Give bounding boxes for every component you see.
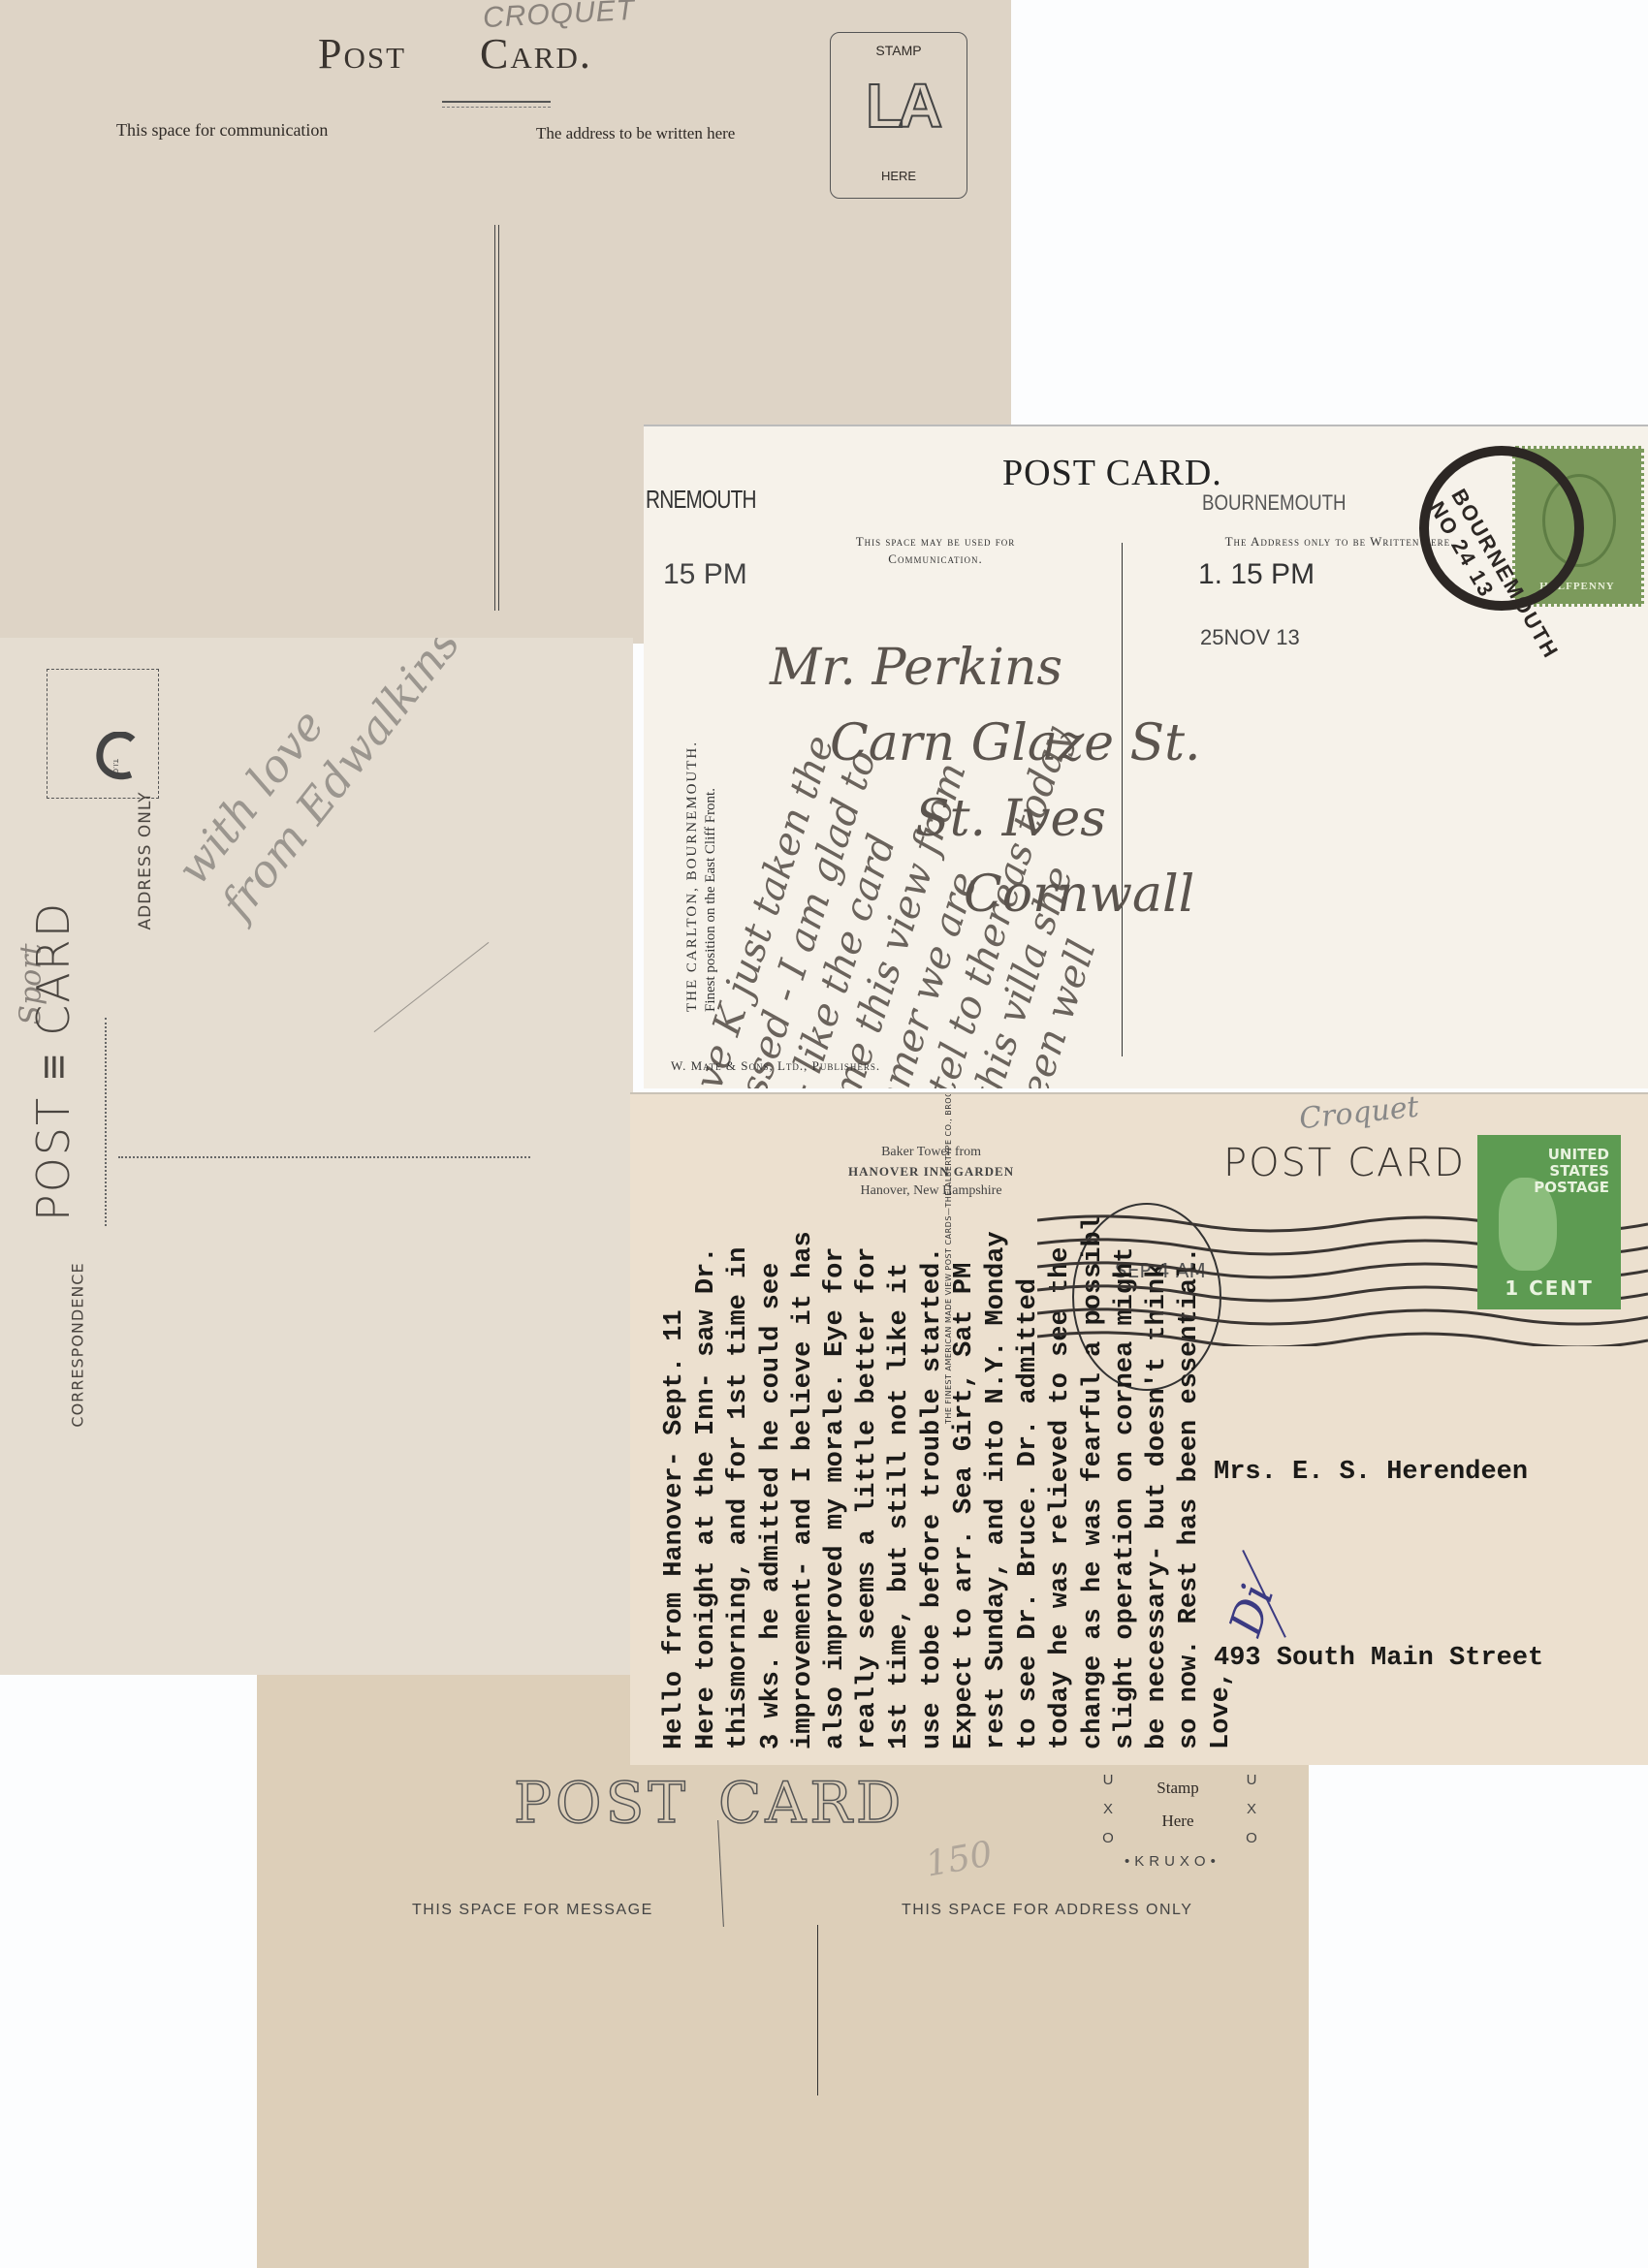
- address-only-label: ADDRESS ONLY: [136, 754, 155, 967]
- publisher-imprint: THE FINEST AMERICAN MADE VIEW POST CARDS…: [944, 1092, 953, 1424]
- title-rule: [442, 107, 551, 108]
- publisher-imprint: W. Mate & Sons, Ltd., Publishers.: [671, 1058, 880, 1074]
- caption-line: Hanover, New Hampshire: [848, 1181, 1014, 1201]
- center-divider: [494, 225, 499, 611]
- typed-line: rest Sunday, and into N.Y. Monday: [981, 1215, 1013, 1749]
- address-space-label: THIS SPACE FOR ADDRESS ONLY: [902, 1902, 1192, 1919]
- typed-line: Expect to arr. Sea Girt, Sat PM: [949, 1215, 981, 1749]
- postcard-bournemouth: Have K just taken the crossed - I am gla…: [644, 425, 1648, 1088]
- address-line: Mrs. E. S. Herendeen: [1214, 1441, 1543, 1503]
- caption-line: Baker Tower from: [848, 1143, 1014, 1162]
- correspondence-label: CORRESPONDENCE: [69, 1210, 87, 1481]
- typed-line: 1st time, but still not like it: [884, 1215, 916, 1749]
- center-divider: [817, 1925, 818, 2095]
- uxo-letter: O: [1244, 1824, 1259, 1853]
- caption-line: Finest position on the East Cliff Front.: [702, 556, 720, 1012]
- address-line: Mr. Perkins: [770, 630, 1201, 706]
- stamp-label: STAMP: [831, 43, 967, 58]
- typed-line: really seems a little better for: [852, 1215, 884, 1749]
- address-label: The address to be written here: [536, 124, 735, 143]
- stamp-value: 1 CENT: [1477, 1276, 1621, 1300]
- dotted-address-line: [118, 1156, 530, 1158]
- pencil-note: Croquet: [1298, 1092, 1421, 1136]
- postcard-title: PostCard.: [318, 29, 592, 79]
- dotted-divider: [105, 1018, 107, 1226]
- here-label: HERE: [831, 169, 967, 183]
- typed-address: Mrs. E. S. Herendeen 493 South Main Stre…: [1214, 1317, 1543, 1765]
- address-line: Cornwall: [964, 857, 1201, 932]
- uxo-letter: X: [1100, 1795, 1116, 1824]
- la-logo-icon: LA: [866, 70, 936, 142]
- uxo-letter: U: [1100, 1766, 1116, 1795]
- stamp-label-line: Stamp: [1129, 1772, 1226, 1805]
- typed-line: improvement- and I believe it has: [788, 1215, 820, 1749]
- communication-label: This space may be used for Communication…: [814, 533, 1057, 568]
- postcard-title: POST CARD.: [1002, 452, 1222, 494]
- postmark-time-right: 1. 15 PM: [1198, 558, 1315, 591]
- communication-label: This space for communication: [116, 120, 328, 141]
- title-word-card: Card.: [480, 30, 592, 78]
- svg-text:T.I.C: T.I.C: [111, 758, 119, 773]
- title-rule: [442, 101, 551, 103]
- uxo-letter: U: [1244, 1766, 1259, 1795]
- caption-line: THE CARLTON, BOURNEMOUTH.: [683, 556, 702, 1012]
- title-word-post: POST: [514, 1770, 689, 1836]
- stamp-country-line: STATES: [1477, 1163, 1609, 1180]
- uxo-letter: O: [1100, 1824, 1116, 1853]
- typed-line: Here tonight at the Inn- saw Dr.: [691, 1215, 723, 1749]
- address-line: Carn Glaze St.: [830, 706, 1201, 781]
- caption-line: HANOVER INN GARDEN: [848, 1162, 1014, 1181]
- uxo-left-column: U X O: [1100, 1766, 1116, 1853]
- typed-line: thismorning, and for 1st time in: [723, 1215, 755, 1749]
- postcard-hanover: Baker Tower from HANOVER INN GARDEN Hano…: [630, 1092, 1648, 1765]
- title-word-card: CARD: [718, 1770, 904, 1836]
- picture-caption: THE CARLTON, BOURNEMOUTH. Finest positio…: [683, 556, 720, 1012]
- pencil-note: 150: [923, 1834, 996, 1884]
- one-cent-stamp: UNITED STATES POSTAGE 1 CENT: [1477, 1135, 1621, 1309]
- uxo-right-column: U X O: [1244, 1766, 1259, 1853]
- address-line: St. Ives: [915, 781, 1201, 857]
- uxo-letter: X: [1244, 1795, 1259, 1824]
- postcard-title: POST CARD: [1223, 1141, 1466, 1185]
- pencil-message: with love from Edwalkins: [165, 638, 471, 929]
- picture-caption: Baker Tower from HANOVER INN GARDEN Hano…: [848, 1143, 1014, 1201]
- pencil-stroke: [374, 942, 490, 1032]
- stamp-here-label: Stamp Here: [1129, 1772, 1226, 1838]
- message-space-label: THIS SPACE FOR MESSAGE: [412, 1902, 653, 1919]
- typed-line: 3 wks. he admitted he could see: [756, 1215, 788, 1749]
- postcard-title: POSTCARD: [514, 1770, 904, 1836]
- horseshoe-icon: T.I.C: [96, 732, 141, 780]
- postmark-right: BOURNEMOUTH: [1202, 490, 1347, 516]
- postcard-sport: T.I.C Sport POST ≡ CARD ADDRESS ONLY COR…: [0, 638, 633, 1675]
- title-word-post: Post: [318, 30, 406, 78]
- stamp-country-line: POSTAGE: [1477, 1180, 1609, 1196]
- brand-kruxo: •KRUXO•: [1125, 1853, 1220, 1870]
- pencil-stroke: [717, 1820, 724, 1927]
- handwritten-address: Mr. Perkins Carn Glaze St. St. Ives Corn…: [770, 630, 1201, 932]
- postmark-left: RNEMOUTH: [646, 485, 756, 515]
- typed-line: Hello from Hanover- Sept. 11: [659, 1215, 691, 1749]
- typed-line: also improved my morale. Eye for: [820, 1215, 852, 1749]
- stamp-box: STAMP LA HERE: [830, 32, 967, 199]
- stamp-label-line: Here: [1129, 1805, 1226, 1838]
- stamp-country-line: UNITED: [1477, 1147, 1609, 1163]
- stamp-country: UNITED STATES POSTAGE: [1477, 1147, 1621, 1196]
- date-stamp: 25NOV 13: [1200, 625, 1300, 650]
